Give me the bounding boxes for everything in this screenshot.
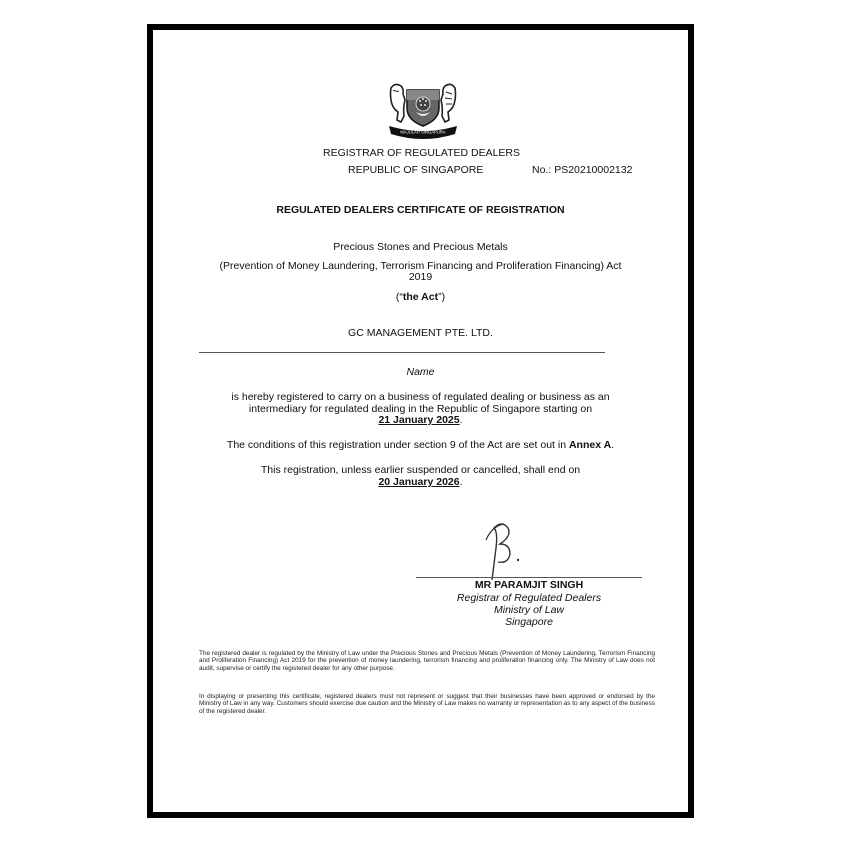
- certificate-page: MAJULAH SINGAPURA REGISTRAR OF REGULATED…: [147, 24, 694, 818]
- signature-line: [416, 577, 642, 578]
- signatory-role: Registrar of Regulated Dealers: [416, 592, 642, 604]
- signatory-name: MR PARAMJIT SINGH: [416, 579, 642, 591]
- conditions-line: The conditions of this registration unde…: [153, 439, 688, 451]
- cert-no-label: No.:: [532, 164, 551, 176]
- act-line-3: 2019: [153, 271, 688, 283]
- registrant-name: GC MANAGEMENT PTE. LTD.: [153, 327, 688, 339]
- certificate-number: No.: PS20210002132: [532, 164, 632, 176]
- end-date: 20 January 2026: [378, 476, 459, 488]
- singapore-coat-of-arms-icon: MAJULAH SINGAPURA: [383, 78, 463, 140]
- start-date: 21 January 2025: [378, 414, 459, 426]
- signature-icon: [478, 518, 538, 582]
- signatory-ministry: Ministry of Law: [416, 604, 642, 616]
- page-title: REGULATED DEALERS CERTIFICATE OF REGISTR…: [153, 204, 688, 216]
- start-date-line: 21 January 2025.: [153, 414, 688, 426]
- name-underline: [199, 352, 605, 353]
- svg-text:MAJULAH SINGAPURA: MAJULAH SINGAPURA: [400, 130, 446, 135]
- annex-reference: Annex A: [569, 439, 611, 451]
- act-line-1: Precious Stones and Precious Metals: [153, 241, 688, 253]
- registration-line-1: is hereby registered to carry on a busin…: [153, 391, 688, 403]
- authority-title: REGISTRAR OF REGULATED DEALERS: [323, 147, 520, 159]
- end-line: This registration, unless earlier suspen…: [153, 464, 688, 476]
- disclaimer-paragraph-1: The registered dealer is regulated by th…: [199, 650, 655, 672]
- cert-no-value: PS20210002132: [554, 164, 632, 176]
- country-title: REPUBLIC OF SINGAPORE: [348, 164, 483, 176]
- disclaimer-paragraph-2: In displaying or presenting this certifi…: [199, 693, 655, 715]
- name-caption: Name: [153, 366, 688, 378]
- act-short-name: (“the Act”): [153, 291, 688, 303]
- end-date-line: 20 January 2026.: [153, 476, 688, 488]
- signatory-country: Singapore: [416, 616, 642, 628]
